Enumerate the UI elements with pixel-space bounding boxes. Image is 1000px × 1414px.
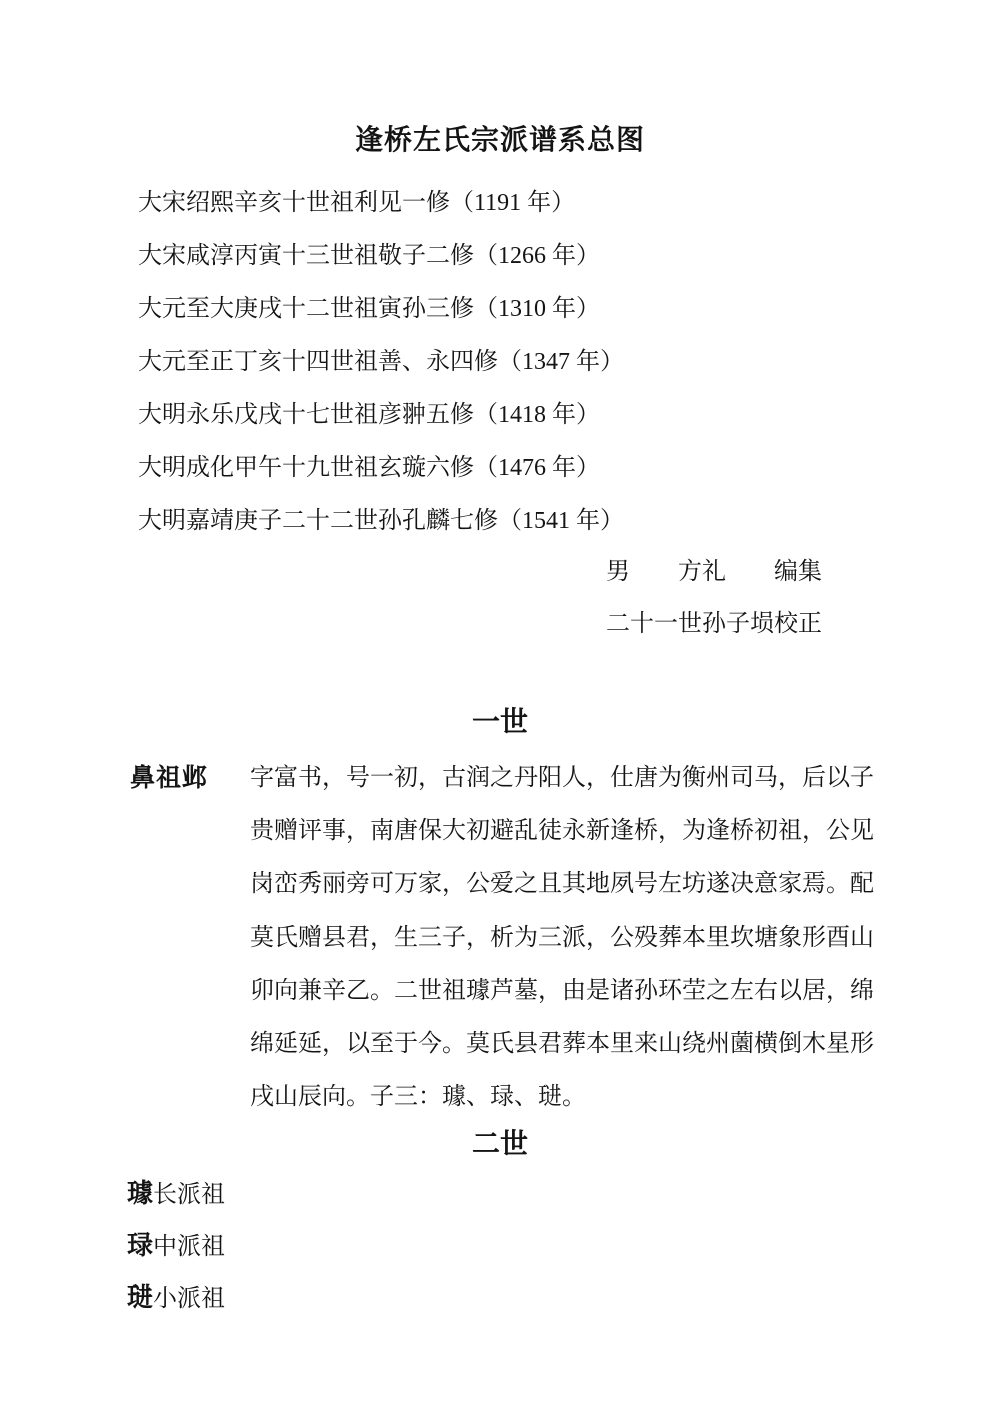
generation-1-entry: 鼻祖邺 字富书，号一初，古润之丹阳人，仕唐为衡州司马，后以子贵赠评事，南唐保大初… [130,752,874,1124]
revision-line-7: 大明嘉靖庚子二十二世孙孔麟七修（1541 年） [138,495,624,548]
revision-line-2: 大宋咸淳丙寅十三世祖敬子二修（1266 年） [138,230,624,283]
revision-line-3: 大元至大庚戌十二世祖寅孙三修（1310 年） [138,283,624,336]
descendant-role-3: 小派祖 [153,1286,225,1312]
revision-history: 大宋绍熙辛亥十世祖利见一修（1191 年） 大宋咸淳丙寅十三世祖敬子二修（126… [138,177,624,548]
generation-1-heading: 一世 [0,700,1000,740]
document-page: 逢桥左氏宗派谱系总图 大宋绍熙辛亥十世祖利见一修（1191 年） 大宋咸淳丙寅十… [0,0,1000,1414]
editor-line-proofreader: 二十一世孙子埙校正 [606,598,822,650]
ancestor-biography: 字富书，号一初，古润之丹阳人，仕唐为衡州司马，后以子贵赠评事，南唐保大初避乱徒永… [250,752,874,1124]
editor-line-compiler: 男 方礼 编集 [606,546,822,598]
descendant-name-2: 琭 [127,1231,153,1260]
ancestor-name-label: 鼻祖邺 [130,752,250,805]
revision-line-4: 大元至正丁亥十四世祖善、永四修（1347 年） [138,336,624,389]
descendant-role-1: 长派祖 [153,1182,225,1208]
descendant-name-1: 璩 [127,1179,153,1208]
generation-2-heading: 二世 [0,1122,1000,1162]
revision-line-6: 大明成化甲午十九世祖玄璇六修（1476 年） [138,442,624,495]
descendant-name-3: 琎 [127,1283,153,1312]
descendant-row-1: 璩长派祖 [127,1168,225,1220]
descendant-role-2: 中派祖 [153,1234,225,1260]
revision-line-5: 大明永乐戊戌十七世祖彦翀五修（1418 年） [138,389,624,442]
descendant-row-2: 琭中派祖 [127,1220,225,1272]
revision-line-1: 大宋绍熙辛亥十世祖利见一修（1191 年） [138,177,624,230]
descendant-row-3: 琎小派祖 [127,1272,225,1324]
editor-credits: 男 方礼 编集 二十一世孙子埙校正 [606,546,822,650]
generation-2-list: 璩长派祖 琭中派祖 琎小派祖 [127,1168,225,1324]
page-title: 逢桥左氏宗派谱系总图 [0,118,1000,158]
